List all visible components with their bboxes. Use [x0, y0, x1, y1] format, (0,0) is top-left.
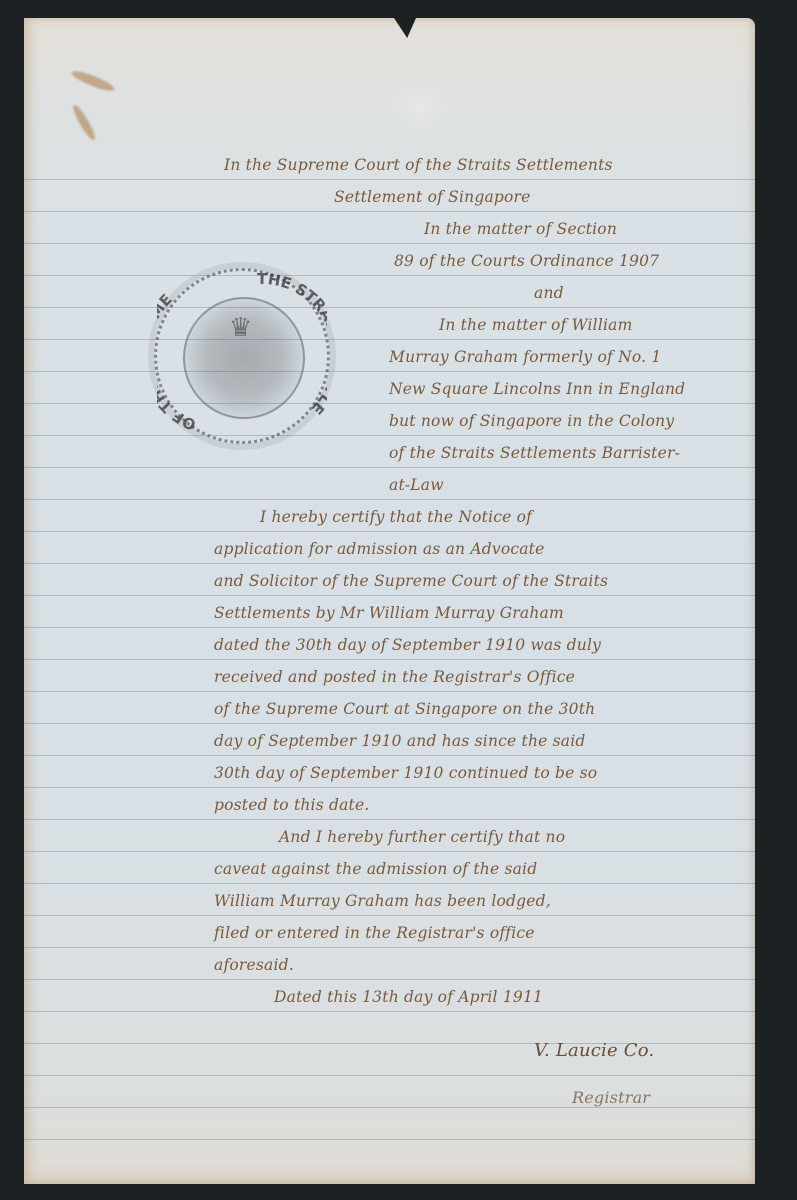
body-line: filed or entered in the Registrar's offi…	[214, 924, 535, 942]
heading-matter-section: In the matter of Section	[424, 220, 617, 238]
body-line: I hereby certify that the Notice of	[260, 508, 532, 526]
registrar-title: Registrar	[572, 1088, 650, 1107]
body-line: 30th day of September 1910 continued to …	[214, 764, 597, 782]
body-line: posted to this date.	[214, 796, 370, 814]
svg-text:OF THE SUPREME: OF THE SUPREME	[157, 290, 199, 433]
body-line: application for admission as an Advocate	[214, 540, 544, 558]
heading-ordinance: 89 of the Courts Ordinance 1907	[394, 252, 659, 270]
body-line: received and posted in the Registrar's O…	[214, 668, 575, 686]
body-line: dated the 30th day of September 1910 was…	[214, 636, 601, 654]
body-line: And I hereby further certify that no	[279, 828, 565, 846]
body-line: and Solicitor of the Supreme Court of th…	[214, 572, 608, 590]
seal-text-left: OF THE SUPREME	[157, 290, 199, 433]
date-line: Dated this 13th day of April 1911	[274, 988, 543, 1006]
heading-matter-name: In the matter of William	[439, 316, 632, 334]
body-line: of the Supreme Court at Singapore on the…	[214, 700, 595, 718]
heading-and: and	[534, 284, 564, 302]
body-line: caveat against the admission of the said	[214, 860, 537, 878]
svg-text:THE STRAITS SETTLE: THE STRAITS SETTLE	[257, 271, 327, 418]
stain-mark	[70, 103, 98, 142]
body-line: day of September 1910 and has since the …	[214, 732, 586, 750]
stain-mark	[70, 68, 116, 95]
registrar-signature: V. Laucie Co.	[534, 1040, 654, 1061]
heading-formerly: Murray Graham formerly of No. 1	[389, 348, 661, 366]
body-line: William Murray Graham has been lodged,	[214, 892, 551, 910]
document-page: ♛ OF THE SUPREME THE STRAITS SETTLE In t…	[24, 18, 755, 1184]
seal-ring-text: OF THE SUPREME THE STRAITS SETTLE	[157, 271, 327, 441]
heading-settlement: Settlement of Singapore	[334, 188, 531, 206]
heading-colony: but now of Singapore in the Colony	[389, 412, 674, 430]
embossed-watermark	[384, 78, 454, 133]
heading-court: In the Supreme Court of the Straits Sett…	[224, 156, 613, 174]
seal-text-right: THE STRAITS SETTLE	[257, 271, 327, 418]
court-seal: ♛ OF THE SUPREME THE STRAITS SETTLE	[154, 268, 330, 444]
heading-at-law: at-Law	[389, 476, 444, 494]
heading-barrister: of the Straits Settlements Barrister-	[389, 444, 680, 462]
body-line: Settlements by Mr William Murray Graham	[214, 604, 564, 622]
body-line: aforesaid.	[214, 956, 294, 974]
paper-notch	[394, 18, 416, 38]
heading-address: New Square Lincolns Inn in England	[389, 380, 685, 398]
